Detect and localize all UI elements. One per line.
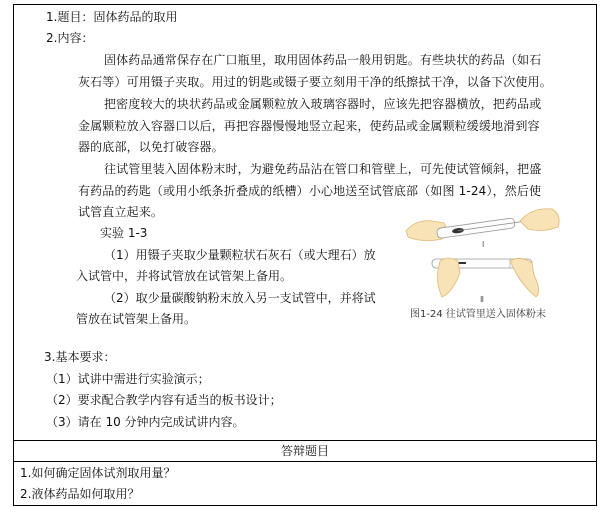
figure-test-tube-powder: Ⅰ Ⅱ 图1-24 往试管里送入固体粉末 [402,201,592,323]
figure-caption: 图1-24 往试管里送入固体粉末 [410,305,546,320]
experiment-line: （1）用镊子夹取少量颗粒状石灰石（或大理石）放 [104,247,376,263]
paragraph-line: 金属颗粒放入容器口以后，再把容器慢慢地竖立起来，使药品或金属颗粒缓缓地滑到容 [78,118,540,134]
paragraph-line: 灰石等）可用镊子夹取。用过的钥匙或镊子要立刻用干净的纸擦拭干净，以备下次使用。 [78,74,552,90]
content-heading: 2.内容： [46,30,93,46]
paragraph-line: 有药品的药匙（或用小纸条折叠成的纸槽）小心地送至试管底部（如图 1-24），然后… [78,183,541,199]
test-tube-illustration-icon: Ⅰ [402,201,592,301]
paragraph-line: 往试管里装入固体粉末时，为避免药品沾在管口和管壁上，可先使试管倾斜，把盛 [104,161,541,177]
experiment-title: 实验 1-3 [100,225,147,241]
paragraph-line: 器的底部，以免打破容器。 [78,139,224,155]
table-divider [14,461,596,462]
lesson-table: 1.题目：固体药品的取用 2.内容： 固体药品通常保存在广口瓶里，取用固体药品一… [13,4,597,506]
experiment-line: 管放在试管架上备用。 [76,311,196,327]
defense-question: 1.如何确定固体试剂取用量？ [20,465,175,481]
topic-heading: 1.题目：固体药品的取用 [46,9,177,25]
defense-header: 答辩题目 [14,441,596,461]
svg-text:Ⅰ: Ⅰ [482,240,484,249]
requirement-item: （1）试讲中需进行实验演示； [46,371,210,387]
requirement-item: （3）请在 10 分钟内完成试讲内容。 [46,414,245,430]
paragraph-line: 试管直立起来。 [78,204,163,220]
experiment-line: （2）取少量碳酸钠粉末放入另一支试管中，并将试 [104,290,376,306]
experiment-line: 入试管中，并将试管放在试管架上备用。 [76,268,292,284]
requirements-heading: 3.基本要求： [44,349,115,365]
figure-step-label: Ⅱ [480,295,484,304]
defense-question: 2.液体药品如何取用？ [20,486,139,502]
paragraph-line: 把密度较大的块状药品或金属颗粒放入玻璃容器时，应该先把容器横放，把药品或 [104,96,541,112]
content-cell: 1.题目：固体药品的取用 2.内容： 固体药品通常保存在广口瓶里，取用固体药品一… [14,5,596,440]
paragraph-line: 固体药品通常保存在广口瓶里，取用固体药品一般用钥匙。有些块状的药品（如石 [104,52,541,68]
requirement-item: （2）要求配合教学内容有适当的板书设计； [46,392,282,408]
